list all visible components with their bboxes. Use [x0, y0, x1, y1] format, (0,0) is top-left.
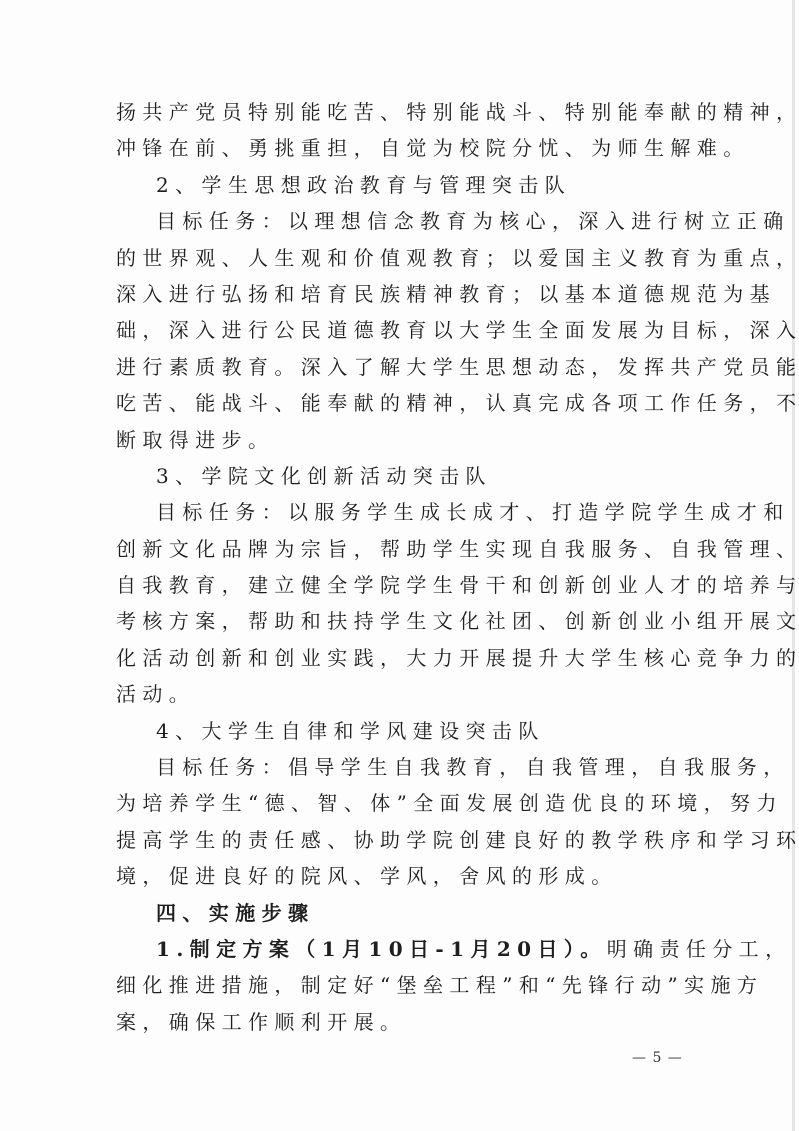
body-line: 扬共产党员特别能吃苦、特别能战斗、特别能奉献的精神，	[116, 94, 686, 130]
body-line: 境，促进良好的院风、学风，舍风的形成。	[116, 858, 686, 894]
body-line: 断取得进步。	[116, 422, 686, 458]
body-line: 提高学生的责任感、协助学院创建良好的教学秩序和学习环	[116, 822, 686, 858]
body-line: 活动。	[116, 676, 686, 712]
body-line: 的世界观、人生观和价值观教育；以爱国主义教育为重点，	[116, 240, 686, 276]
body-line: 创新文化品牌为宗旨，帮助学生实现自我服务、自我管理、	[116, 531, 686, 567]
chapter-heading-implementation-steps: 四、实施步骤	[116, 895, 686, 931]
body-line: 目标任务：以服务学生成长成才、打造学院学生成才和	[116, 494, 686, 530]
body-line: 细化推进措施，制定好“堡垒工程”和“先锋行动”实施方	[116, 967, 686, 1003]
document-page: 扬共产党员特别能吃苦、特别能战斗、特别能奉献的精神， 冲锋在前、勇挑重担，自觉为…	[116, 94, 686, 1040]
page-edge-shadow	[792, 0, 795, 1131]
body-line: 目标任务：倡导学生自我教育，自我管理，自我服务，	[116, 749, 686, 785]
body-line: 进行素质教育。深入了解大学生思想动态，发挥共产党员能	[116, 349, 686, 385]
step-1-text: 明确责任分工，	[607, 937, 792, 961]
body-line: 化活动创新和创业实践，大力开展提升大学生核心竞争力的	[116, 640, 686, 676]
body-line: 深入进行弘扬和培育民族精神教育；以基本道德规范为基	[116, 276, 686, 312]
body-line: 考核方案，帮助和扶持学生文化社团、创新创业小组开展文	[116, 603, 686, 639]
body-line: 目标任务：以理想信念教育为核心，深入进行树立正确	[116, 203, 686, 239]
body-line: 自我教育，建立健全学院学生骨干和创新创业人才的培养与	[116, 567, 686, 603]
step-1-label: 1.制定方案（1月10日-1月20日）。	[156, 937, 607, 961]
body-line: 为培养学生“德、智、体”全面发展创造优良的环境，努力	[116, 785, 686, 821]
body-line: 础，深入进行公民道德教育以大学生全面发展为目标，深入	[116, 312, 686, 348]
body-line: 吃苦、能战斗、能奉献的精神，认真完成各项工作任务，不	[116, 385, 686, 421]
section-heading-4: 4、大学生自律和学风建设突击队	[116, 713, 686, 749]
body-line: 案，确保工作顺利开展。	[116, 1004, 686, 1040]
body-line: 冲锋在前、勇挑重担，自觉为校院分忧、为师生解难。	[116, 130, 686, 166]
page-number: — 5 —	[632, 1050, 683, 1066]
section-heading-3: 3、学院文化创新活动突击队	[116, 458, 686, 494]
step-1-line: 1.制定方案（1月10日-1月20日）。明确责任分工，	[116, 931, 686, 967]
section-heading-2: 2、学生思想政治教育与管理突击队	[116, 167, 686, 203]
